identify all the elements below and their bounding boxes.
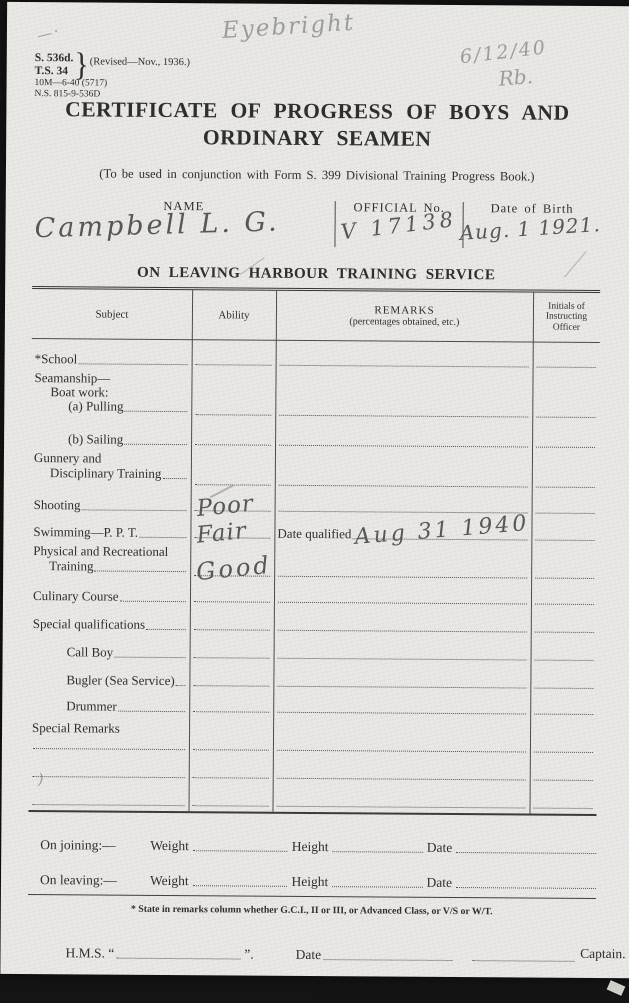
signature-date-label: Date <box>296 947 322 963</box>
table-row-gunnery: Gunnery and Disciplinary Training <box>31 449 599 493</box>
subject-label: Culinary Course <box>33 588 119 607</box>
dotted-leader <box>116 958 240 960</box>
dotted-leader <box>280 365 529 368</box>
remarks-header-line2: (percentages obtained, etc.) <box>349 316 459 328</box>
dotted-leader <box>456 852 596 854</box>
date-label: Date <box>426 875 452 891</box>
dotted-leader <box>332 851 422 853</box>
table-row-blank <box>29 754 597 786</box>
table-row-school: *School <box>32 339 600 373</box>
form-reference-block: S. 536d. T.S. 34 } (Revised—Nov., 1936.)… <box>34 52 190 100</box>
date-stamp-annotation: 6/12/40 <box>459 36 548 68</box>
clerk-initials-annotation: Rb. <box>498 64 534 91</box>
dotted-leader <box>278 602 527 605</box>
weight-label: Weight <box>150 873 189 889</box>
dotted-leader <box>536 447 595 448</box>
dotted-leader <box>125 411 188 412</box>
dotted-leader <box>332 886 422 888</box>
dotted-leader <box>194 601 270 603</box>
weight-label: Weight <box>150 838 189 854</box>
ship-name-annotation: Eyebright <box>221 10 356 44</box>
dotted-leader <box>118 711 185 712</box>
dotted-leader <box>194 657 270 659</box>
horizontal-rule <box>28 894 596 899</box>
dotted-leader <box>456 887 596 889</box>
progress-table: Subject Ability REMARKS (percentages obt… <box>28 286 600 816</box>
subject-label: Drummer <box>66 698 117 716</box>
form-code-1: S. 536d. <box>35 52 74 65</box>
dotted-leader <box>193 805 269 807</box>
column-header-ability: Ability <box>192 290 276 340</box>
table-header-row: Subject Ability REMARKS (percentages obt… <box>32 289 600 343</box>
subject-label: Boat work: <box>50 385 188 399</box>
dotted-leader <box>535 632 594 633</box>
section-title: ON LEAVING HARBOUR TRAINING SERVICE <box>32 264 600 285</box>
table-row-physical-training: Physical and Recreational Training Good <box>30 542 598 584</box>
dotted-leader <box>195 414 271 416</box>
print-code: 10M—6-40 (5717) <box>35 78 190 90</box>
dotted-leader <box>196 364 272 366</box>
dotted-leader <box>146 629 186 630</box>
dotted-leader <box>195 444 271 446</box>
ns-code: N.S. 815-9-536D <box>34 89 189 101</box>
dotted-leader <box>277 778 526 781</box>
date-qualified-label: Date qualified <box>277 526 351 545</box>
dotted-leader <box>536 487 595 488</box>
subject-label: Gunnery and <box>34 451 188 466</box>
subject-label: Special qualifications <box>33 616 145 635</box>
page-title: CERTIFICATE OF PROGRESS OF BOYS AND ORDI… <box>33 96 601 154</box>
column-header-initials: Initials of Instructing Officer <box>533 293 600 342</box>
dotted-leader <box>82 509 187 511</box>
dotted-leader <box>534 780 593 781</box>
dotted-leader <box>537 367 596 368</box>
table-row-culinary: Culinary Course <box>30 580 598 610</box>
form-codes: S. 536d. T.S. 34 <box>35 52 74 78</box>
dotted-leader <box>279 415 528 418</box>
remarks-header-line1: REMARKS <box>374 304 434 316</box>
column-header-remarks: REMARKS (percentages obtained, etc.) <box>276 291 533 342</box>
dotted-leader <box>193 711 269 713</box>
subject-label: Disciplinary Training <box>50 465 162 484</box>
dotted-leader <box>534 752 593 753</box>
dotted-leader <box>536 417 595 418</box>
dotted-leader <box>323 959 453 961</box>
subject-label: Special Remarks <box>32 720 120 739</box>
dotted-leader <box>277 806 526 809</box>
date-of-birth-field: Date of Birth Aug. 1 1921. <box>463 198 601 253</box>
height-label: Height <box>292 839 329 855</box>
identity-section: NAME Campbell L. G. OFFICIAL No. V 17138… <box>32 195 600 253</box>
title-line1: CERTIFICATE OF PROGRESS OF BOYS AND <box>65 97 569 125</box>
dotted-leader <box>139 537 186 538</box>
dotted-leader <box>176 685 186 686</box>
official-no-field: OFFICIAL No. V 17138 <box>336 197 463 252</box>
dotted-leader <box>33 804 185 806</box>
table-row-bugler: Bugler (Sea Service) <box>29 662 597 694</box>
dotted-leader <box>162 477 186 478</box>
subject-label: (b) Sailing <box>68 431 123 449</box>
dotted-leader <box>278 630 527 633</box>
subtitle: (To be used in conjunction with Form S. … <box>33 166 601 185</box>
dotted-leader <box>534 808 593 809</box>
dotted-leader <box>277 686 526 689</box>
scan-background: —· Eyebright 6/12/40 Rb. ) S. 536d. T.S.… <box>0 0 629 1003</box>
captain-label: Captain. <box>580 946 625 962</box>
dotted-leader <box>193 685 269 687</box>
dotted-leader <box>473 960 574 962</box>
table-row-drummer: Drummer <box>29 690 597 720</box>
dotted-leader <box>193 749 269 751</box>
dotted-leader <box>534 688 593 689</box>
dotted-leader <box>277 712 526 715</box>
dotted-leader <box>535 578 594 579</box>
on-joining-label: On joining:— <box>40 837 150 854</box>
dotted-leader <box>535 604 594 605</box>
revised-note: (Revised—Nov., 1936.) <box>90 56 190 69</box>
dotted-leader <box>194 629 270 631</box>
subject-label: *School <box>35 351 78 369</box>
table-row-special-qualifications: Special qualifications <box>30 606 598 638</box>
on-leaving-label: On leaving:— <box>40 872 150 889</box>
table-row-blank <box>28 782 596 814</box>
signature-row: H.M.S. “ ”. Date Captain. <box>65 945 625 965</box>
hms-closing-quote: ”. <box>244 947 253 963</box>
dotted-leader <box>124 444 187 445</box>
table-row-swimming: Swimming—P. P. T. Fair Date qualifiedAug… <box>30 515 598 546</box>
dotted-leader <box>535 660 594 661</box>
subject-label: Physical and Recreational <box>33 544 187 559</box>
dotted-leader <box>94 570 186 572</box>
pencil-check-mark: —· <box>35 22 62 45</box>
table-row-sailing: (b) Sailing <box>31 419 599 453</box>
dotted-leader <box>535 540 594 541</box>
subject-label: Bugler (Sea Service) <box>66 672 174 691</box>
form-code-2: T.S. 34 <box>35 65 74 78</box>
footnote: * State in remarks column whether G.C.I.… <box>28 903 596 918</box>
dotted-leader <box>278 576 527 579</box>
dotted-leader <box>193 850 288 852</box>
certificate-document: —· Eyebright 6/12/40 Rb. ) S. 536d. T.S.… <box>0 2 629 978</box>
name-field: NAME Campbell L. G. <box>32 195 335 251</box>
subject-label: Shooting <box>34 497 81 515</box>
folded-corner <box>607 980 626 996</box>
dotted-leader <box>33 748 185 750</box>
table-row-seamanship: Seamanship— Boat work: (a) Pulling <box>31 369 599 423</box>
dotted-leader <box>279 445 528 448</box>
on-leaving-row: On leaving:— Weight Height Date <box>40 872 596 892</box>
subject-label: Training <box>49 558 93 576</box>
date-label: Date <box>427 840 453 856</box>
dotted-leader <box>193 885 288 887</box>
height-label: Height <box>291 874 328 890</box>
column-header-subject: Subject <box>32 289 192 339</box>
dotted-leader <box>195 484 271 486</box>
subject-label: Swimming—P. P. T. <box>33 524 138 543</box>
title-line2: ORDINARY SEAMEN <box>203 125 432 151</box>
dotted-leader <box>114 657 185 658</box>
dotted-leader <box>536 513 595 514</box>
subject-label: (a) Pulling <box>68 398 123 416</box>
dotted-leader <box>78 363 187 365</box>
date-of-birth-value-handwritten: Aug. 1 1921. <box>459 212 601 245</box>
brace-glyph: } <box>74 59 88 72</box>
dotted-leader <box>278 658 527 661</box>
dotted-leader <box>120 601 186 602</box>
dotted-leader <box>279 485 528 488</box>
table-row-call-boy: Call Boy <box>30 634 598 666</box>
dotted-leader <box>33 776 185 778</box>
on-joining-row: On joining:— Weight Height Date <box>40 837 596 857</box>
dotted-leader <box>534 714 593 715</box>
dotted-leader <box>193 777 269 779</box>
hms-label: H.M.S. “ <box>65 945 114 961</box>
subject-label: Call Boy <box>67 644 114 662</box>
dotted-leader <box>277 750 526 753</box>
